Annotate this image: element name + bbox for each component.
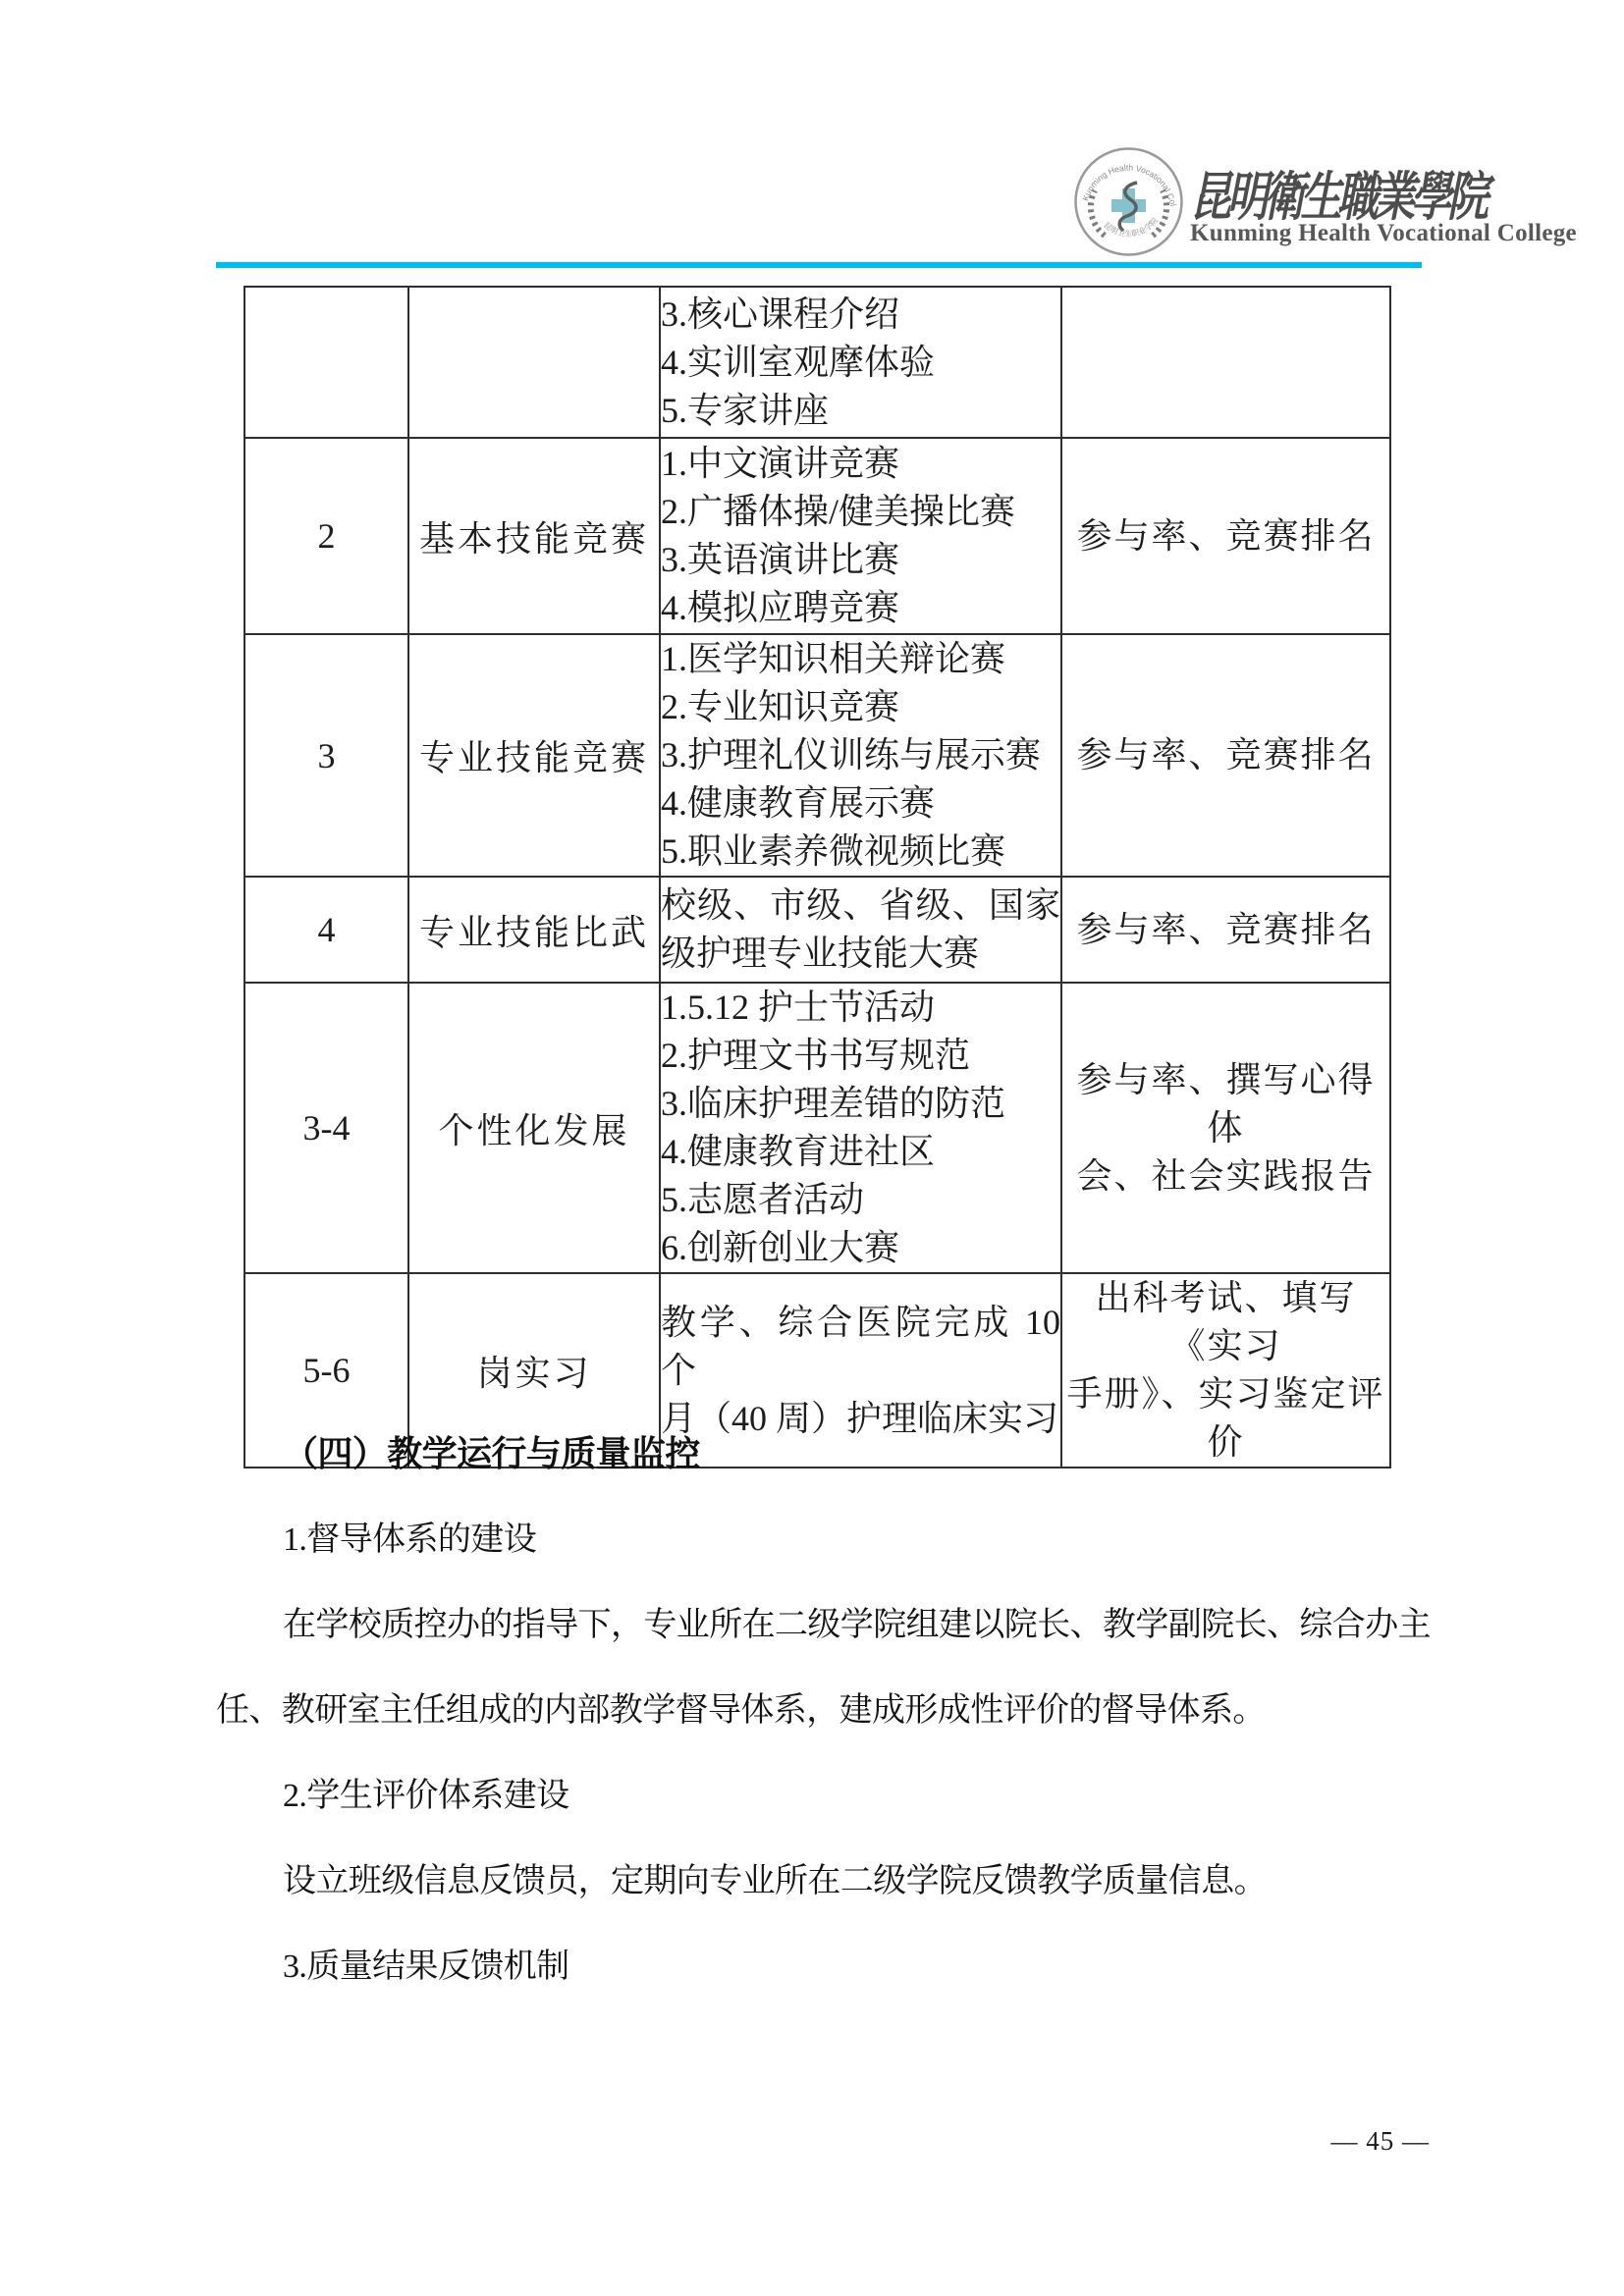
- cell-semester: 3: [244, 634, 408, 877]
- content-line: 级护理专业技能大赛: [661, 930, 1060, 978]
- table-row: 3专业技能竞赛1.医学知识相关辩论赛2.专业知识竞赛3.护理礼仪训练与展示赛4.…: [244, 634, 1390, 877]
- content-line: 3.护理礼仪训练与展示赛: [661, 731, 1060, 779]
- table-row: 3-4个性化发展1.5.12 护士节活动2.护理文书书写规范3.临床护理差错的防…: [244, 983, 1390, 1273]
- content-line: 4.实训室观摩体验: [661, 339, 1060, 387]
- evaluation-line: 出科考试、填写《实习: [1062, 1274, 1389, 1370]
- college-name-english: Kunming Health Vocational College: [1190, 220, 1577, 247]
- college-name-calligraphy: 昆明衛生職業學院: [1190, 155, 1519, 216]
- cell-semester: [244, 287, 408, 438]
- college-seal-logo: Kunming Health Vocational College 昆明卫生职业…: [1072, 145, 1185, 258]
- evaluation-line: 参与率、竞赛排名: [1062, 906, 1389, 954]
- content-line: 4.模拟应聘竞赛: [661, 584, 1060, 632]
- evaluation-line: 参与率、竞赛排名: [1062, 512, 1389, 561]
- cell-activity-name: [408, 287, 660, 438]
- paragraph-line: 1.督导体系的建设: [216, 1497, 1434, 1582]
- content-line: 4.健康教育进社区: [661, 1128, 1060, 1176]
- cell-semester: 3-4: [244, 983, 408, 1273]
- content-line: 校级、市级、省级、国家: [661, 881, 1060, 930]
- cell-activity-name: 专业技能比武: [408, 877, 660, 983]
- evaluation-line: 参与率、撰写心得体: [1062, 1056, 1389, 1152]
- schedule-table-body: 3.核心课程介绍4.实训室观摩体验5.专家讲座2基本技能竞赛1.中文演讲竞赛2.…: [244, 287, 1390, 1468]
- content-line: 1.医学知识相关辩论赛: [661, 635, 1060, 683]
- evaluation-line: 会、社会实践报告: [1062, 1152, 1389, 1201]
- activity-schedule-table: 3.核心课程介绍4.实训室观摩体验5.专家讲座2基本技能竞赛1.中文演讲竞赛2.…: [244, 286, 1391, 1468]
- cell-activity-name: 基本技能竞赛: [408, 438, 660, 634]
- cell-evaluation: [1061, 287, 1390, 438]
- cell-activity-content: 1.中文演讲竞赛2.广播体操/健美操比赛3.英语演讲比赛4.模拟应聘竞赛: [660, 438, 1061, 634]
- cell-activity-content: 校级、市级、省级、国家级护理专业技能大赛: [660, 877, 1061, 983]
- college-seal-icon: Kunming Health Vocational College 昆明卫生职业…: [1072, 145, 1185, 258]
- content-line: 3.核心课程介绍: [661, 291, 1060, 339]
- content-line: 2.专业知识竞赛: [661, 683, 1060, 731]
- content-line: 2.护理文书书写规范: [661, 1032, 1060, 1080]
- evaluation-line: 参与率、竞赛排名: [1062, 731, 1389, 779]
- cell-activity-content: 1.5.12 护士节活动2.护理文书书写规范3.临床护理差错的防范4.健康教育进…: [660, 983, 1061, 1273]
- document-page: Kunming Health Vocational College 昆明卫生职业…: [0, 0, 1624, 2296]
- content-line: 5.专家讲座: [661, 387, 1060, 435]
- body-text: （四）教学运行与质量监控1.督导体系的建设在学校质控办的指导下，专业所在二级学院…: [216, 1412, 1434, 2009]
- paragraph-line: 任、教研室主任组成的内部教学督导体系，建成形成性评价的督导体系。: [216, 1668, 1434, 1753]
- header-divider-rule: [216, 262, 1422, 268]
- cell-semester: 4: [244, 877, 408, 983]
- paragraph-line: 3.质量结果反馈机制: [216, 1924, 1434, 2009]
- cell-activity-name: 个性化发展: [408, 983, 660, 1273]
- paragraph-line: 2.学生评价体系建设: [216, 1753, 1434, 1839]
- section-heading: （四）教学运行与质量监控: [216, 1412, 1434, 1497]
- page-number: — 45 —: [216, 2126, 1430, 2157]
- content-line: 5.职业素养微视频比赛: [661, 828, 1060, 876]
- cell-evaluation: 参与率、竞赛排名: [1061, 634, 1390, 877]
- content-line: 1.中文演讲竞赛: [661, 440, 1060, 488]
- table-row: 3.核心课程介绍4.实训室观摩体验5.专家讲座: [244, 287, 1390, 438]
- content-line: 6.创新创业大赛: [661, 1224, 1060, 1272]
- content-line: 2.广播体操/健美操比赛: [661, 488, 1060, 536]
- cell-activity-content: 1.医学知识相关辩论赛2.专业知识竞赛3.护理礼仪训练与展示赛4.健康教育展示赛…: [660, 634, 1061, 877]
- content-line: 5.志愿者活动: [661, 1176, 1060, 1224]
- cell-evaluation: 参与率、撰写心得体会、社会实践报告: [1061, 983, 1390, 1273]
- content-line: 3.英语演讲比赛: [661, 536, 1060, 584]
- cell-evaluation: 参与率、竞赛排名: [1061, 877, 1390, 983]
- cell-activity-content: 3.核心课程介绍4.实训室观摩体验5.专家讲座: [660, 287, 1061, 438]
- content-line: 1.5.12 护士节活动: [661, 984, 1060, 1032]
- content-line: 教学、综合医院完成 10 个: [661, 1299, 1060, 1395]
- cell-semester: 2: [244, 438, 408, 634]
- content-line: 3.临床护理差错的防范: [661, 1080, 1060, 1128]
- content-line: 4.健康教育展示赛: [661, 779, 1060, 828]
- cell-activity-name: 专业技能竞赛: [408, 634, 660, 877]
- paragraph-line: 设立班级信息反馈员，定期向专业所在二级学院反馈教学质量信息。: [216, 1839, 1434, 1924]
- table-row: 4专业技能比武校级、市级、省级、国家级护理专业技能大赛参与率、竞赛排名: [244, 877, 1390, 983]
- paragraph-line: 在学校质控办的指导下，专业所在二级学院组建以院长、教学副院长、综合办主: [216, 1582, 1434, 1668]
- cell-evaluation: 参与率、竞赛排名: [1061, 438, 1390, 634]
- table-row: 2基本技能竞赛1.中文演讲竞赛2.广播体操/健美操比赛3.英语演讲比赛4.模拟应…: [244, 438, 1390, 634]
